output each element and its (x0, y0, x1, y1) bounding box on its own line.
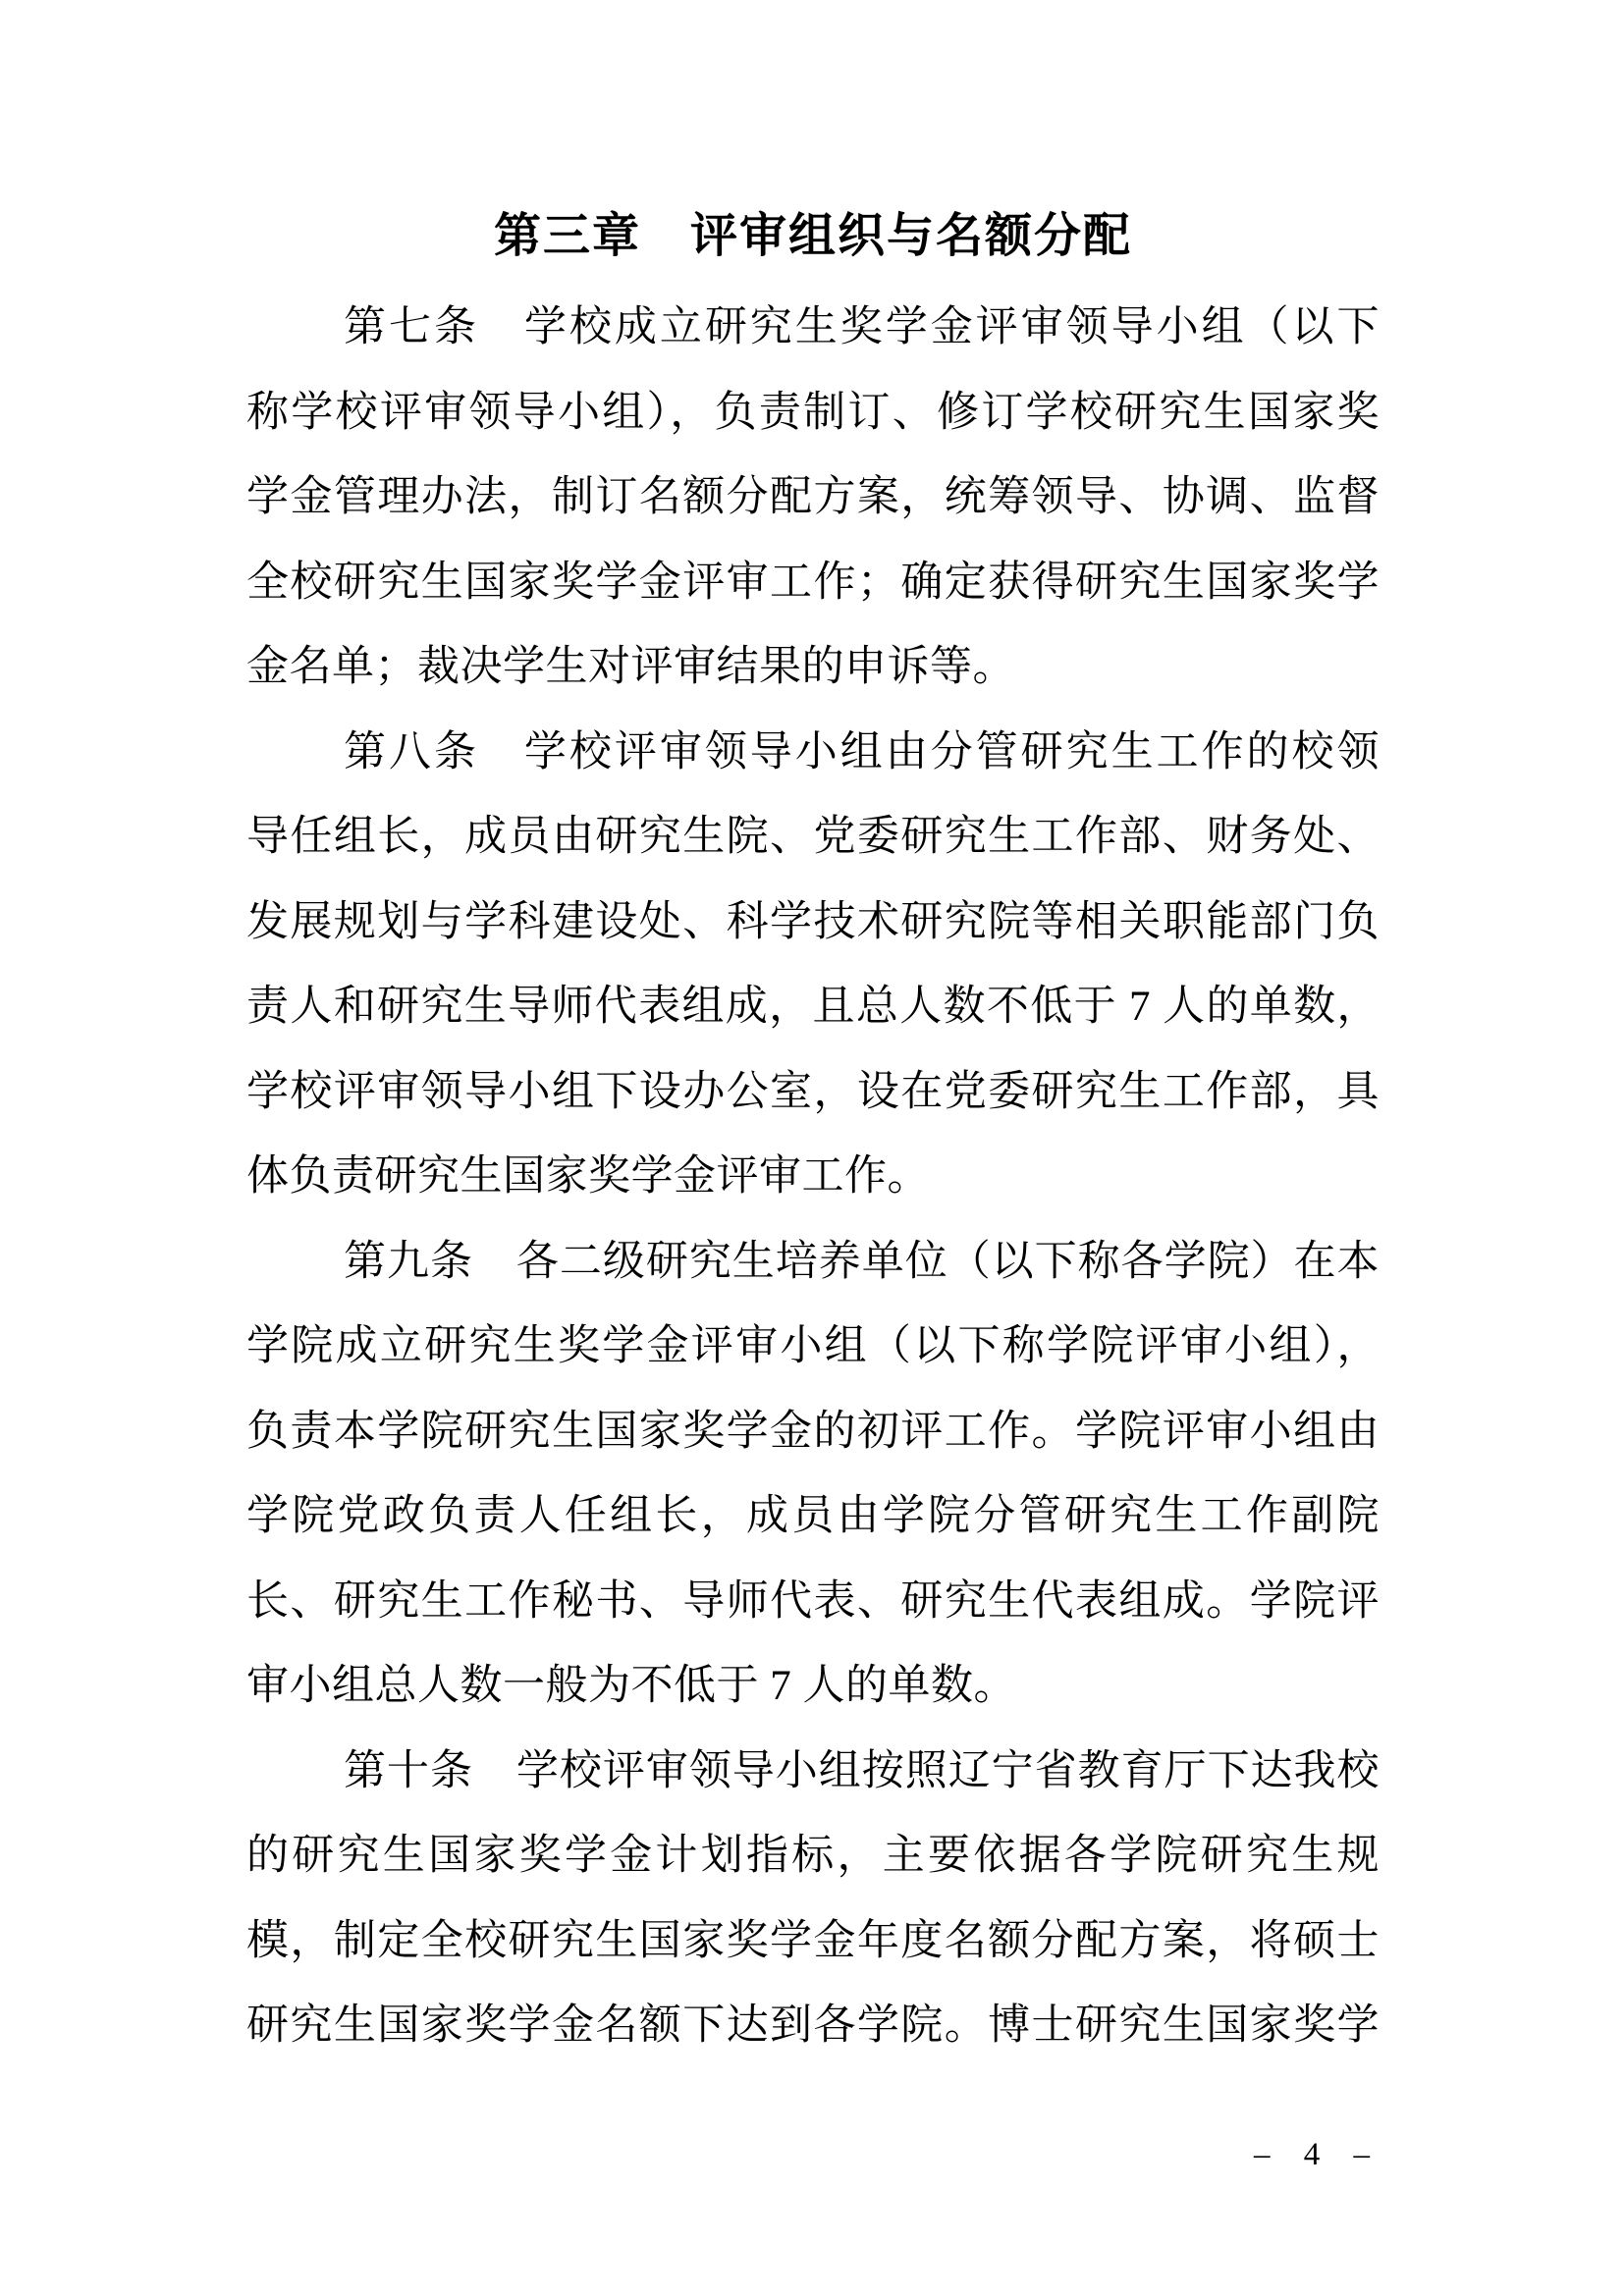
body-line: 第十条 学校评审领导小组按照辽宁省教育厅下达我校 (246, 1730, 1380, 1815)
body-line: 学院成立研究生奖学金评审小组（以下称学院评审小组）， (246, 1305, 1380, 1390)
body-line: 发展规划与学科建设处、科学技术研究院等相关职能部门负 (246, 881, 1380, 966)
body-line: 第九条 各二级研究生培养单位（以下称各学院）在本 (246, 1220, 1380, 1306)
body-line: 责人和研究生导师代表组成，且总人数不低于 7 人的单数， (246, 965, 1380, 1050)
document-body: 第七条 学校成立研究生奖学金评审领导小组（以下 称学校评审领导小组），负责制订、… (246, 286, 1380, 2069)
body-line: 学金管理办法，制订名额分配方案，统筹领导、协调、监督 (246, 455, 1380, 541)
body-line: 金名单；裁决学生对评审结果的申诉等。 (246, 625, 1380, 711)
body-line: 学校评审领导小组下设办公室，设在党委研究生工作部，具 (246, 1050, 1380, 1136)
chapter-heading: 第三章 评审组织与名额分配 (246, 200, 1380, 273)
document-page: 第三章 评审组织与名额分配 第七条 学校成立研究生奖学金评审领导小组（以下 称学… (0, 0, 1624, 2296)
body-line: 研究生国家奖学金名额下达到各学院。博士研究生国家奖学 (246, 1984, 1380, 2069)
body-line: 负责本学院研究生国家奖学金的初评工作。学院评审小组由 (246, 1390, 1380, 1475)
body-line: 审小组总人数一般为不低于 7 人的单数。 (246, 1644, 1380, 1730)
body-line: 模，制定全校研究生国家奖学金年度名额分配方案，将硕士 (246, 1899, 1380, 1985)
body-line: 全校研究生国家奖学金评审工作；确定获得研究生国家奖学 (246, 541, 1380, 626)
body-line: 的研究生国家奖学金计划指标，主要依据各学院研究生规 (246, 1814, 1380, 1899)
body-line: 学院党政负责人任组长，成员由学院分管研究生工作副院 (246, 1474, 1380, 1560)
page-number: – 4 – (1254, 2132, 1376, 2177)
body-line: 长、研究生工作秘书、导师代表、研究生代表组成。学院评 (246, 1560, 1380, 1645)
body-line: 第八条 学校评审领导小组由分管研究生工作的校领 (246, 711, 1380, 796)
body-line: 称学校评审领导小组），负责制订、修订学校研究生国家奖 (246, 371, 1380, 456)
body-line: 导任组长，成员由研究生院、党委研究生工作部、财务处、 (246, 795, 1380, 881)
body-line: 第七条 学校成立研究生奖学金评审领导小组（以下 (246, 286, 1380, 371)
body-line: 体负责研究生国家奖学金评审工作。 (246, 1135, 1380, 1220)
